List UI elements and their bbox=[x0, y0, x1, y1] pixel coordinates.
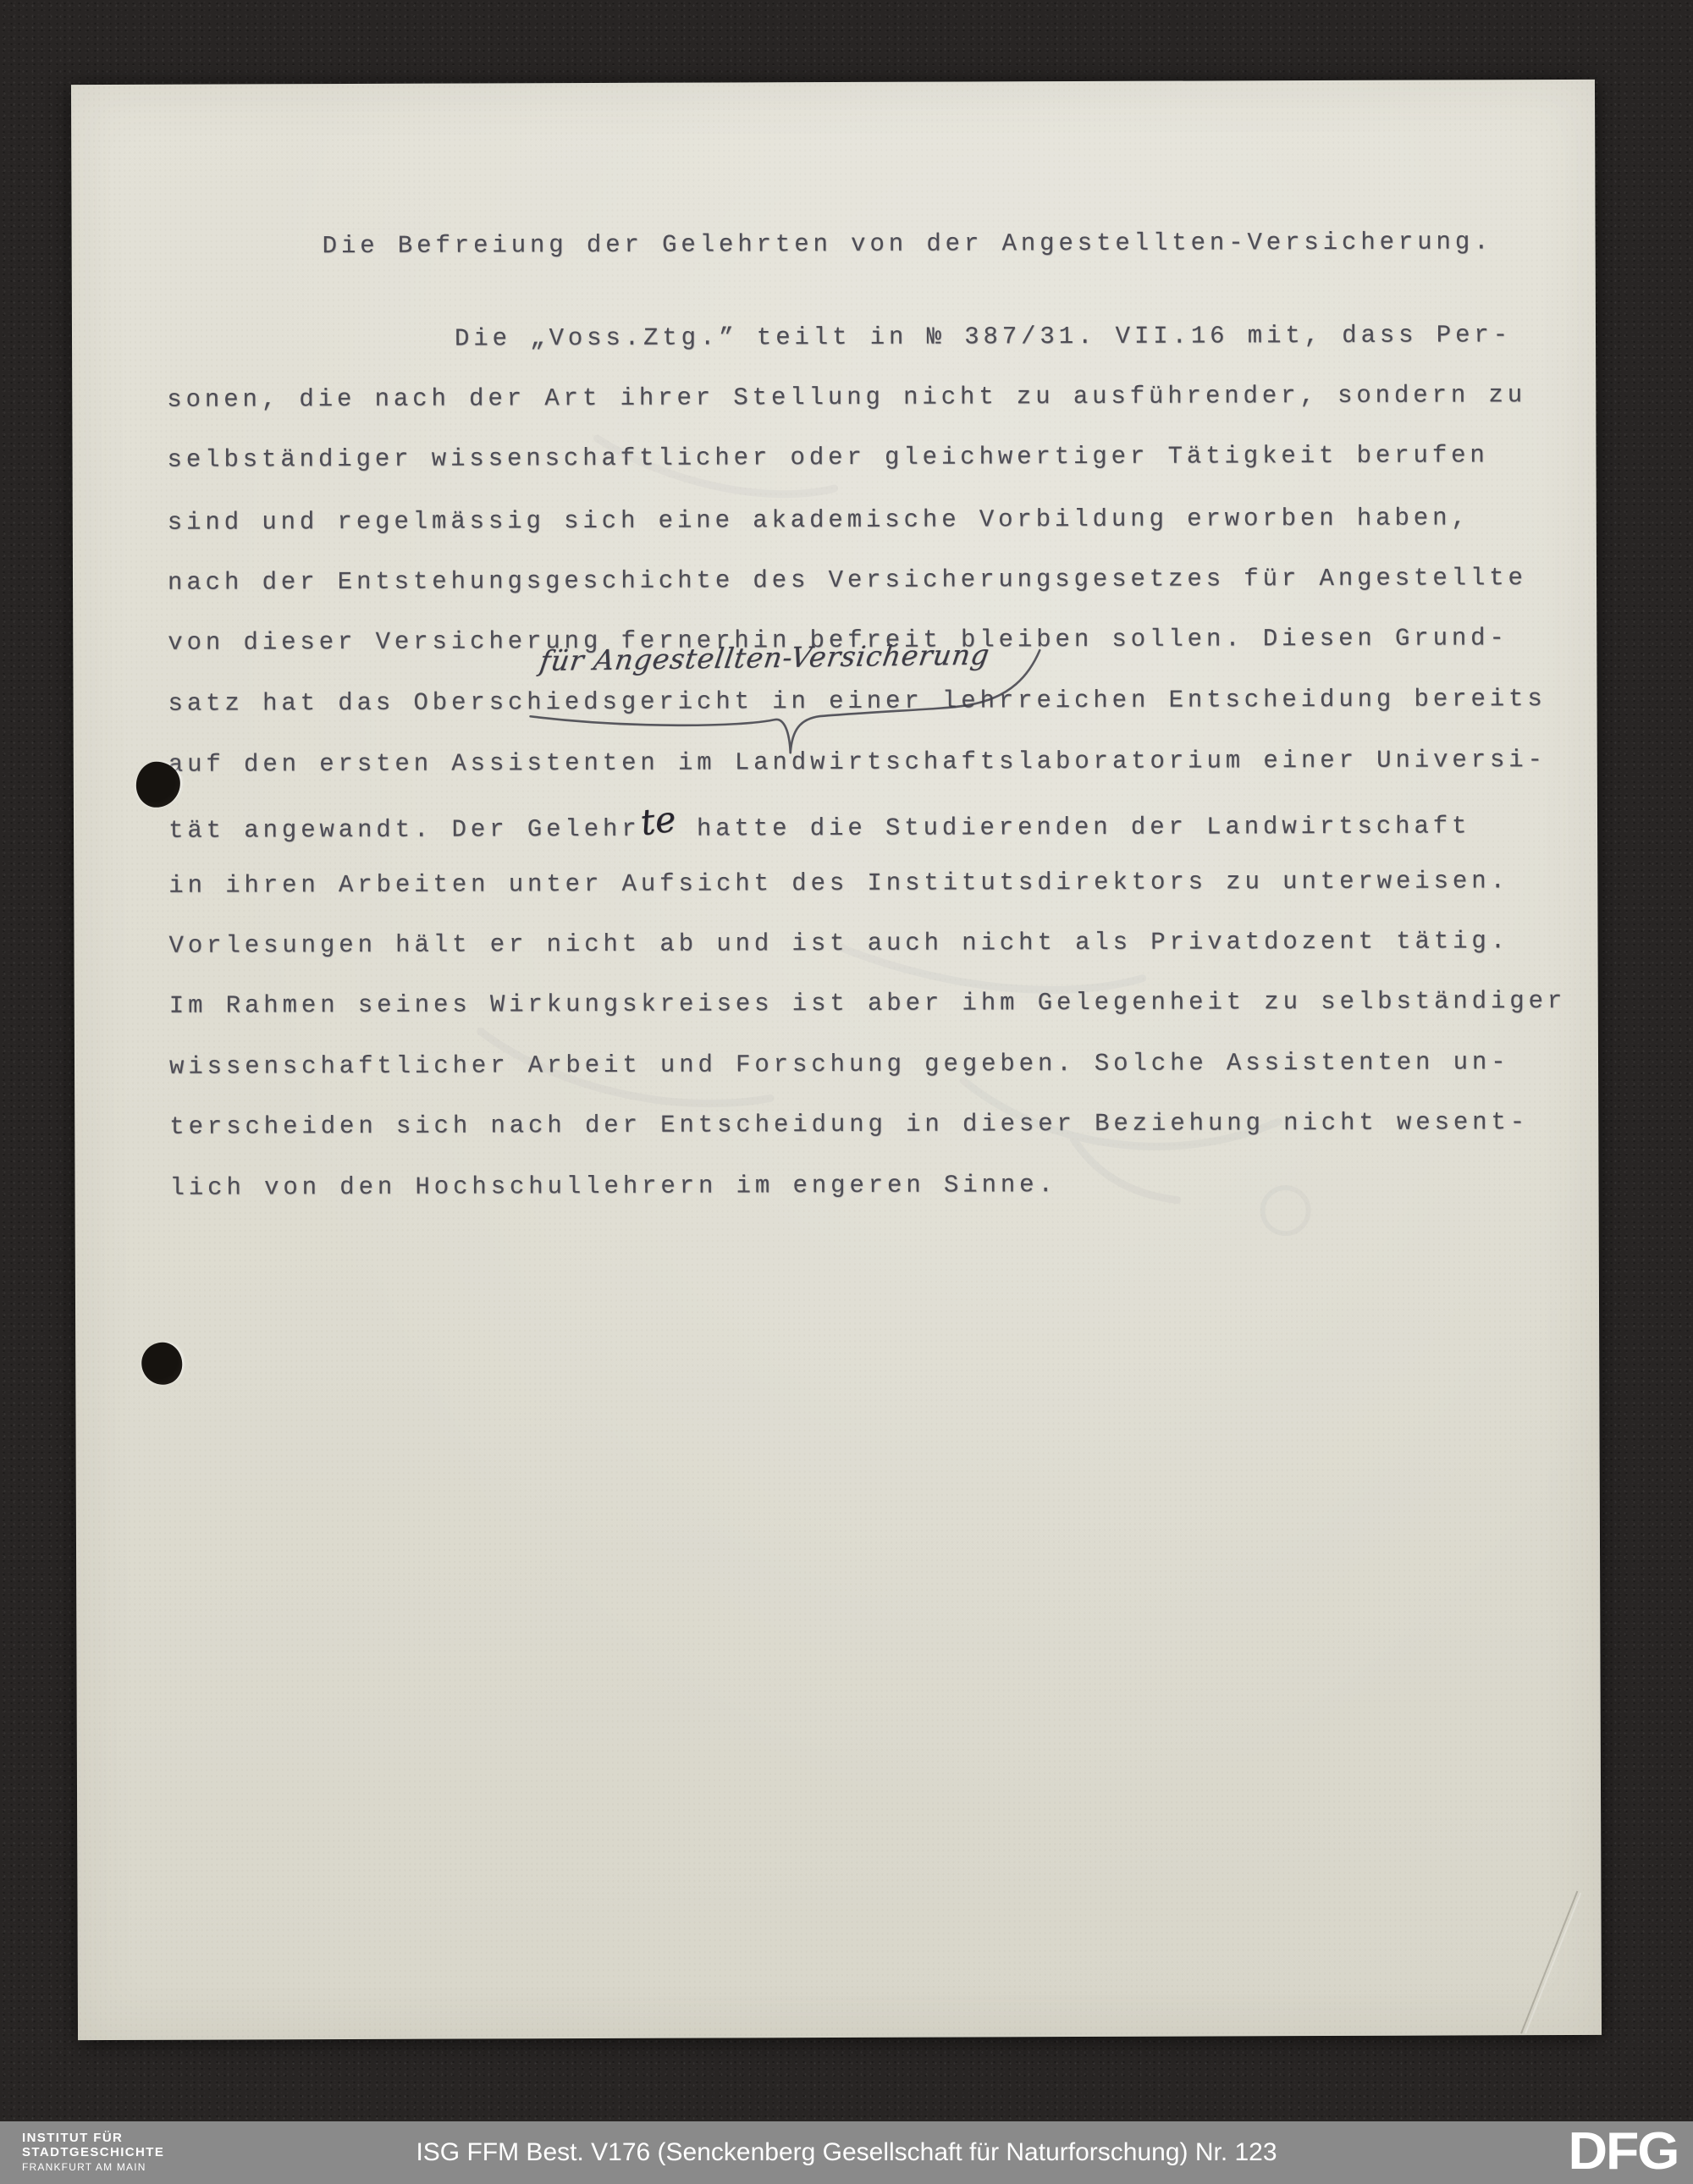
typed-line: Die „Voss.Ztg.” teilt in № 387/31. VII.1… bbox=[455, 321, 1512, 353]
typed-segment: tät angewandt. Der Gelehr bbox=[168, 815, 641, 845]
institute-logo-line2: STADTGESCHICHTE bbox=[22, 2145, 164, 2159]
archive-footer-bar: INSTITUT FÜR STADTGESCHICHTE FRANKFURT A… bbox=[0, 2121, 1693, 2184]
institute-logo-line1: INSTITUT FÜR bbox=[22, 2131, 164, 2145]
typed-line: lich von den Hochschullehrern im engeren… bbox=[169, 1171, 1056, 1203]
institute-logo: INSTITUT FÜR STADTGESCHICHTE FRANKFURT A… bbox=[22, 2131, 164, 2174]
typed-line: selbständiger wissenschaftlicher oder gl… bbox=[167, 441, 1488, 474]
handwritten-correction: te bbox=[638, 804, 679, 837]
typed-line: terscheiden sich nach der Entscheidung i… bbox=[169, 1108, 1529, 1142]
typed-line: Im Rahmen seines Wirkungskreises ist abe… bbox=[169, 987, 1567, 1021]
handwritten-insertion: für Angestellten-Versicherung bbox=[538, 638, 992, 677]
typed-line: sonen, die nach der Art ihrer Stellung n… bbox=[167, 381, 1526, 415]
typed-line-with-correction: tät angewandt. Der Gelehrte hatte die St… bbox=[168, 806, 1470, 845]
typed-line: nach der Entstehungsgeschichte des Versi… bbox=[168, 564, 1527, 598]
document-page: Die Befreiung der Gelehrten von der Ange… bbox=[71, 80, 1602, 2040]
typed-line: Vorlesungen hält er nicht ab und ist auc… bbox=[168, 927, 1509, 961]
typed-line: satz hat das Oberschiedsgericht in einer… bbox=[168, 685, 1546, 719]
document-title-line: Die Befreiung der Gelehrten von der Ange… bbox=[323, 228, 1493, 261]
punch-hole-bottom bbox=[141, 1343, 182, 1385]
paper-crease bbox=[1520, 1891, 1581, 2033]
typed-segment: hatte die Studierenden der Landwirtschaf… bbox=[678, 812, 1471, 842]
archive-reference: ISG FFM Best. V176 (Senckenberg Gesellsc… bbox=[416, 2138, 1277, 2167]
punch-hole-top bbox=[136, 762, 180, 808]
typed-line: in ihren Arbeiten unter Aufsicht des Ins… bbox=[168, 867, 1509, 901]
institute-logo-line3: FRANKFURT AM MAIN bbox=[22, 2161, 164, 2174]
photo-backdrop: Die Befreiung der Gelehrten von der Ange… bbox=[0, 0, 1693, 2184]
dfg-logo: DFG bbox=[1569, 2121, 1679, 2181]
typed-line: wissenschaftlicher Arbeit und Forschung … bbox=[169, 1048, 1510, 1082]
typed-line: sind und regelmässig sich eine akademisc… bbox=[168, 504, 1470, 537]
typed-line: auf den ersten Assistenten im Landwirtsc… bbox=[168, 746, 1547, 780]
